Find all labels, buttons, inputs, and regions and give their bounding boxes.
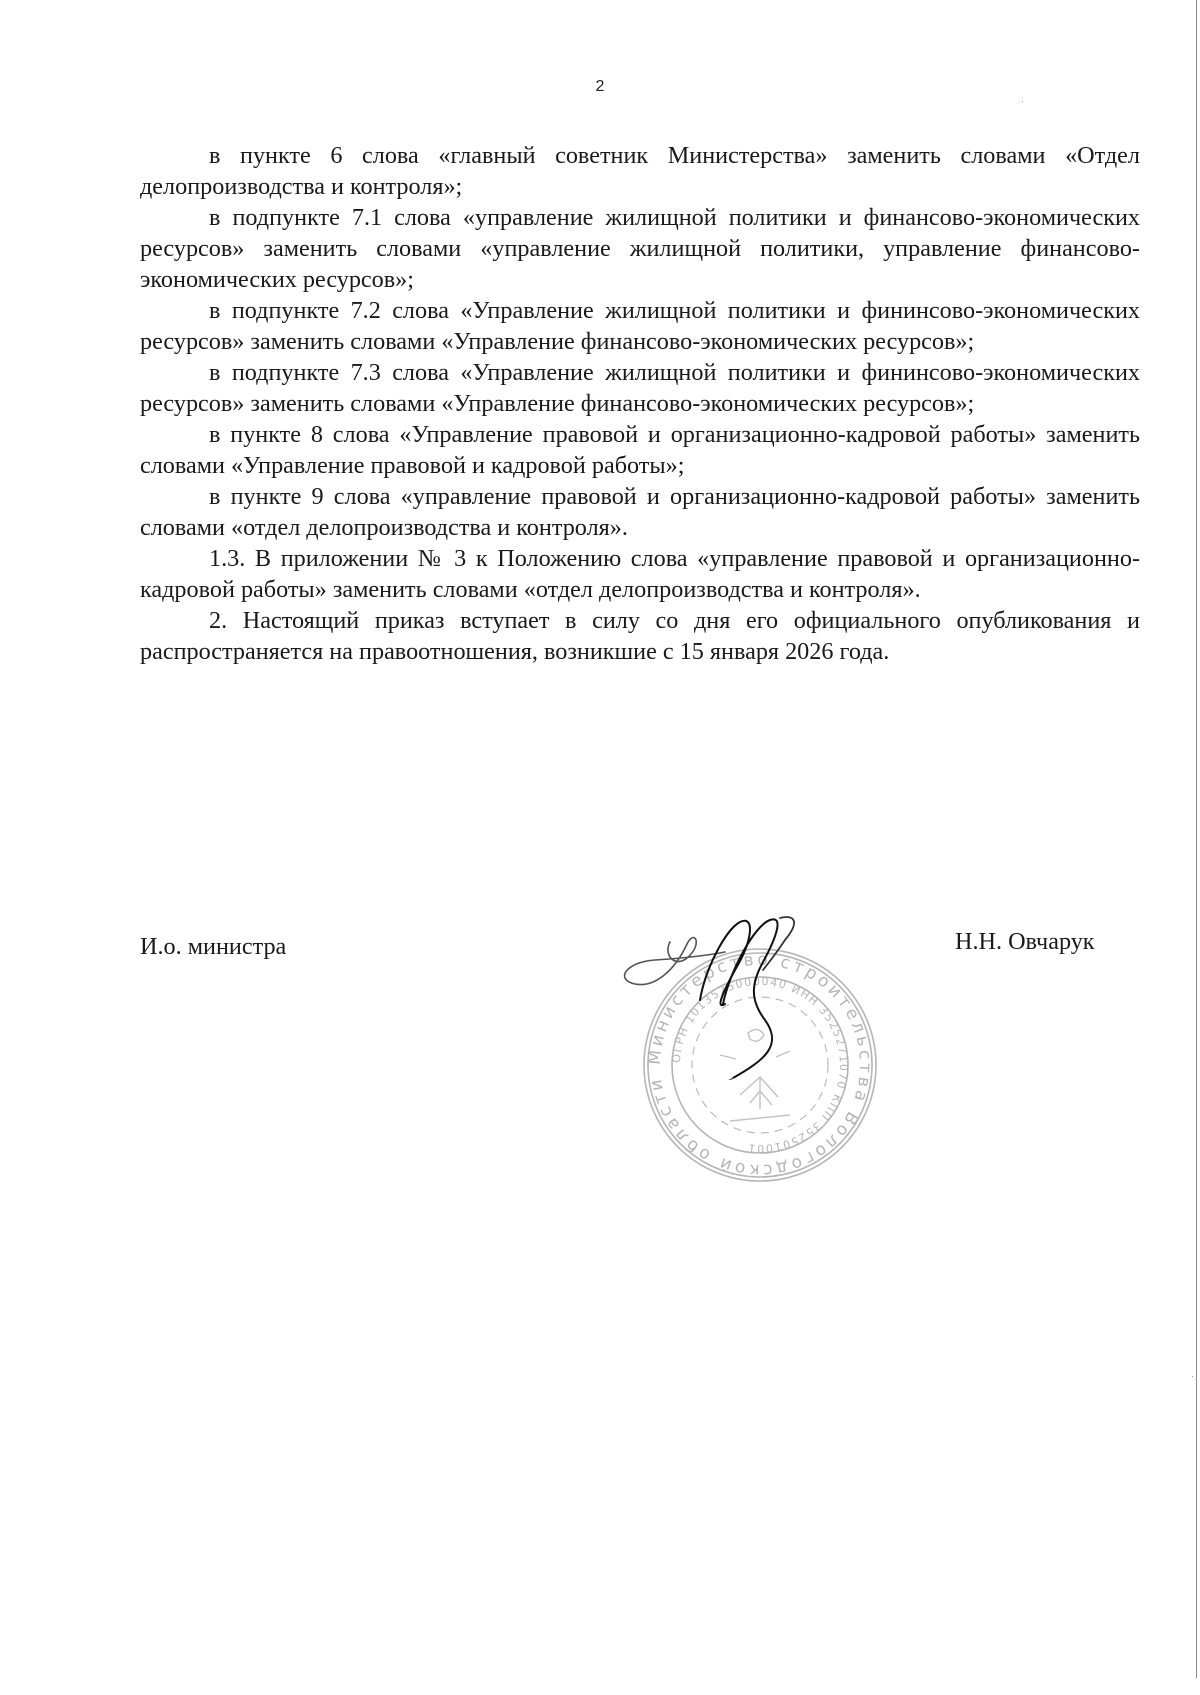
paragraph-subitem-7-1: в подпункте 7.1 слова «управление жилищн… [140, 202, 1140, 295]
signature-block: И.о. министра Н.Н. Овчарук [0, 933, 1200, 973]
document-body: в пункте 6 слова «главный советник Минис… [140, 140, 1140, 667]
paragraph-subitem-7-3: в подпункте 7.3 слова «Управление жилищн… [140, 357, 1140, 419]
scan-speck [1022, 101, 1023, 102]
scan-speck [1192, 1376, 1193, 1377]
paragraph-1-3: 1.3. В приложении № 3 к Положению слова … [140, 543, 1140, 605]
paragraph-2-effective-date: 2. Настоящий приказ вступает в силу со д… [140, 605, 1140, 667]
paragraph-item-9: в пункте 9 слова «управление правовой и … [140, 481, 1140, 543]
document-page: 2 в пункте 6 слова «главный советник Мин… [0, 0, 1200, 1695]
paragraph-item-6: в пункте 6 слова «главный советник Минис… [140, 140, 1140, 202]
page-number: 2 [0, 78, 1200, 96]
paragraph-subitem-7-2: в подпункте 7.2 слова «Управление жилищн… [140, 295, 1140, 357]
scan-edge-line [1196, 0, 1197, 1678]
paragraph-item-8: в пункте 8 слова «Управление правовой и … [140, 419, 1140, 481]
signatory-position: И.о. министра [140, 933, 286, 961]
handwritten-signature-icon [615, 900, 815, 1080]
signatory-name: Н.Н. Овчарук [955, 928, 1095, 956]
